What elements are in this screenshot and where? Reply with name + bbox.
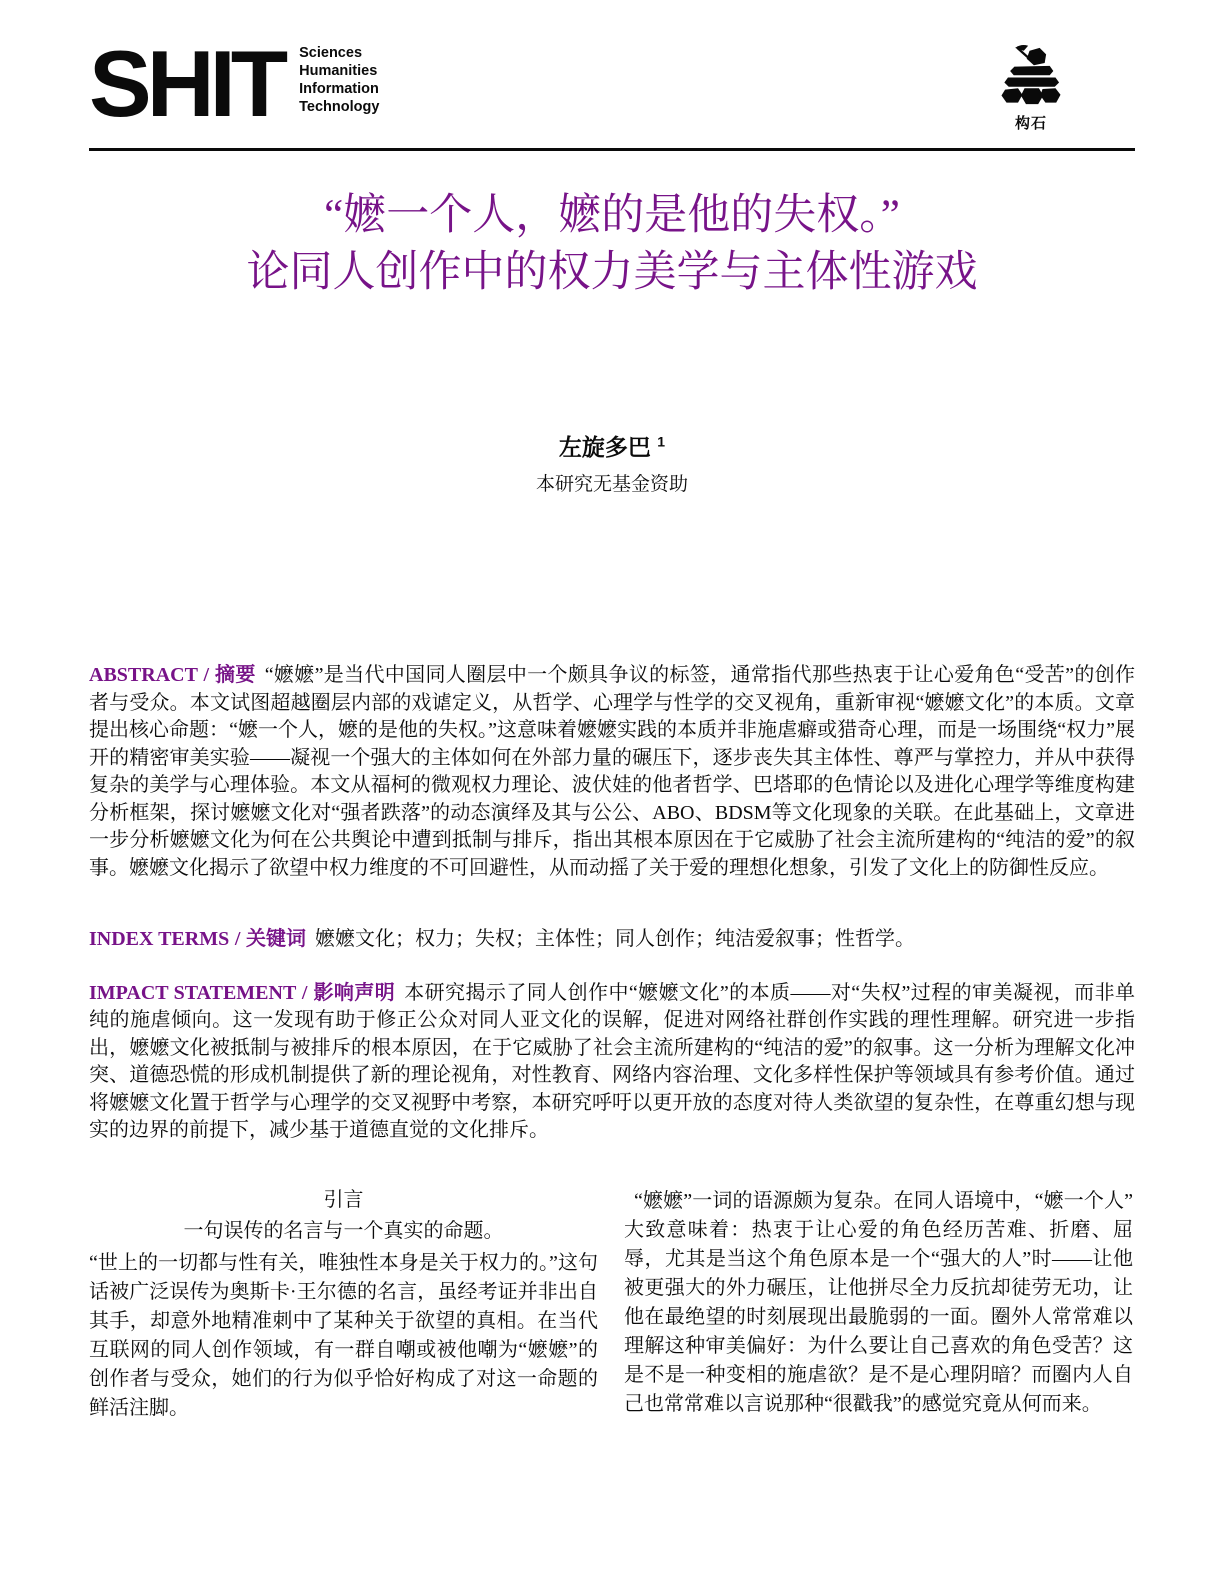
header-divider xyxy=(89,148,1135,151)
logo-subtitle-line: Humanities xyxy=(299,62,379,80)
impact-statement-section: IMPACT STATEMENT/影响声明本研究揭示了同人创作中“嬷嬷文化”的本… xyxy=(89,980,1135,1145)
label-separator: / xyxy=(198,664,215,686)
paper-page: SHIT Sciences Humanities Information Tec… xyxy=(0,0,1224,1584)
intro-columns: 引言 一句误传的名言与一个真实的命题。 “世上的一切都与性有关，唯独性本身是关于… xyxy=(89,1185,1135,1423)
journal-logo-subtitle: Sciences Humanities Information Technolo… xyxy=(299,44,379,117)
intro-left-text: “世上的一切都与性有关，唯独性本身是关于权力的。”这句话被广泛误传为奥斯卡·王尔… xyxy=(89,1249,598,1423)
paper-title: “嬷一个人，嬷的是他的失权。” 论同人创作中的权力美学与主体性游戏 xyxy=(89,187,1135,301)
paper-title-line1: “嬷一个人，嬷的是他的失权。” xyxy=(89,187,1135,244)
logo-subtitle-line: Sciences xyxy=(299,44,379,62)
logo-subtitle-line: Technology xyxy=(299,98,379,116)
journal-logo: SHIT Sciences Humanities Information Tec… xyxy=(89,40,379,121)
abstract-text: “嬷嬷”是当代中国同人圈层中一个颇具争议的标签，通常指代那些热衷于让心爱角色“受… xyxy=(89,664,1135,879)
intro-right-text: “嬷嬷”一词的语源颇为复杂。在同人语境中，“嬷一个人”大致意味着：热衷于让心爱的… xyxy=(624,1187,1133,1419)
index-terms-text: 嬷嬷文化；权力；失权；主体性；同人创作；纯洁爱叙事；性哲学。 xyxy=(315,928,915,950)
paper-title-line2: 论同人创作中的权力美学与主体性游戏 xyxy=(89,244,1135,301)
index-terms-label-zh: 关键词 xyxy=(246,928,306,950)
publisher-badge: 构石 xyxy=(995,42,1067,133)
intro-left-column: 引言 一句误传的名言与一个真实的命题。 “世上的一切都与性有关，唯独性本身是关于… xyxy=(89,1185,598,1423)
intro-heading: 引言 xyxy=(89,1185,598,1216)
author-footnote-marker: 1 xyxy=(657,434,665,450)
index-terms-label: INDEX TERMS/关键词 xyxy=(89,928,306,950)
impact-label-zh: 影响声明 xyxy=(313,982,395,1004)
publisher-name: 构石 xyxy=(1015,112,1047,133)
label-separator: / xyxy=(229,928,246,950)
index-terms-label-en: INDEX TERMS xyxy=(89,928,229,950)
impact-statement-text: 本研究揭示了同人创作中“嬷嬷文化”的本质——对“失权”过程的审美凝视，而非单纯的… xyxy=(89,982,1135,1142)
intro-subheading: 一句误传的名言与一个真实的命题。 xyxy=(89,1216,598,1247)
funding-note: 本研究无基金资助 xyxy=(89,469,1135,496)
author-block: 左旋多巴 1 本研究无基金资助 xyxy=(89,429,1135,496)
author-name-text: 左旋多巴 xyxy=(559,434,651,460)
intro-right-column: “嬷嬷”一词的语源颇为复杂。在同人语境中，“嬷一个人”大致意味着：热衷于让心爱的… xyxy=(624,1185,1133,1423)
journal-logo-text: SHIT xyxy=(89,46,283,121)
rock-pile-icon xyxy=(995,42,1067,110)
abstract-label: ABSTRACT/摘要 xyxy=(89,664,256,686)
author-name: 左旋多巴 1 xyxy=(89,429,1135,462)
journal-header: SHIT Sciences Humanities Information Tec… xyxy=(89,40,1135,136)
logo-subtitle-line: Information xyxy=(299,80,379,98)
index-terms-section: INDEX TERMS/关键词嬷嬷文化；权力；失权；主体性；同人创作；纯洁爱叙事… xyxy=(89,926,1135,954)
impact-label-en: IMPACT STATEMENT xyxy=(89,982,296,1004)
abstract-label-zh: 摘要 xyxy=(215,664,256,686)
label-separator: / xyxy=(296,982,313,1004)
impact-statement-label: IMPACT STATEMENT/影响声明 xyxy=(89,982,395,1004)
abstract-label-en: ABSTRACT xyxy=(89,664,198,686)
abstract-section: ABSTRACT/摘要“嬷嬷”是当代中国同人圈层中一个颇具争议的标签，通常指代那… xyxy=(89,662,1135,882)
